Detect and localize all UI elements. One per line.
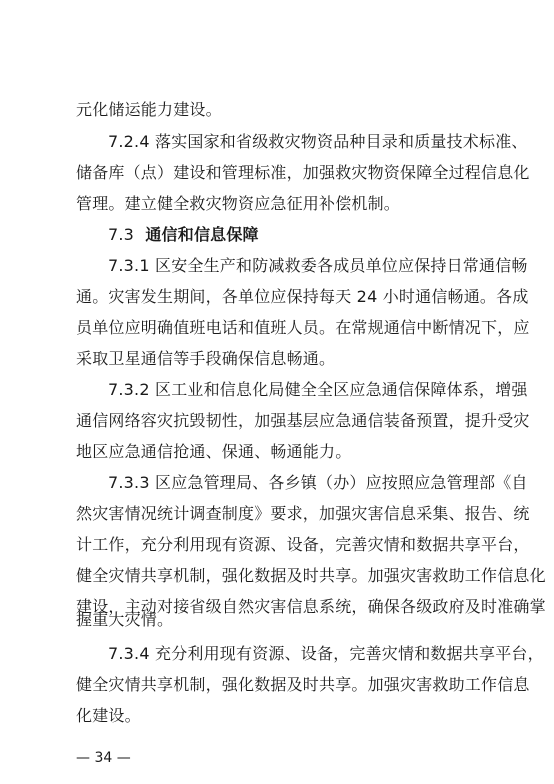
paragraph-7-3-1-line: 通。灾害发生期间，各单位应保持每天 24 小时通信畅通。各成 bbox=[76, 283, 480, 311]
paragraph-7-3-3-line: 然灾害情况统计调查制度》要求，加强灾害信息采集、报告、统 bbox=[76, 500, 480, 528]
paragraph-7-3-2-line: 通信网络容灾抗毁韧性，加强基层应急通信装备预置，提升受灾 bbox=[76, 407, 480, 435]
paragraph-7-2-4-line: 储备库（点）建设和管理标准，加强救灾物资保障全过程信息化 bbox=[76, 159, 480, 187]
paragraph-7-3-1-line: 员单位应明确值班电话和值班人员。在常规通信中断情况下，应 bbox=[76, 314, 480, 342]
paragraph-7-2-4-line: 7.2.4 落实国家和省级救灾物资品种目录和质量技术标准、 bbox=[76, 128, 480, 156]
paragraph-7-3-1-line: 7.3.1 区安全生产和防减救委各成员单位应保持日常通信畅 bbox=[76, 252, 480, 280]
paragraph-7-3-4-line: 健全灾情共享机制，强化数据及时共享。加强灾害救助工作信息 bbox=[76, 671, 480, 699]
paragraph-7-3-2-line: 7.3.2 区工业和信息化局健全全区应急通信保障体系，增强 bbox=[76, 376, 480, 404]
paragraph-7-3-4-line: 7.3.4 充分利用现有资源、设备，完善灾情和数据共享平台， bbox=[76, 640, 480, 668]
section-title: 通信和信息保障 bbox=[145, 225, 258, 244]
paragraph-line: 元化储运能力建设。 bbox=[76, 96, 222, 124]
paragraph-7-3-3-line: 握重大灾情。 bbox=[76, 606, 173, 634]
section-number: 7.3 bbox=[108, 225, 134, 244]
paragraph-7-3-4-line: 化建设。 bbox=[76, 702, 141, 730]
page-number: — 34 — bbox=[76, 748, 131, 768]
paragraph-7-3-2-line: 地区应急通信抢通、保通、畅通能力。 bbox=[76, 438, 351, 466]
paragraph-7-3-3-line: 计工作，充分利用现有资源、设备，完善灾情和数据共享平台， bbox=[76, 531, 480, 559]
section-heading-7-3: 7.3 通信和信息保障 bbox=[76, 221, 259, 249]
paragraph-7-3-3-line: 健全灾情共享机制，强化数据及时共享。加强灾害救助工作信息化 bbox=[76, 562, 480, 590]
paragraph-7-2-4-line: 管理。建立健全救灾物资应急征用补偿机制。 bbox=[76, 190, 400, 218]
paragraph-7-3-3-line: 7.3.3 区应急管理局、各乡镇（办）应按照应急管理部《自 bbox=[76, 469, 480, 497]
paragraph-7-3-1-line: 采取卫星通信等手段确保信息畅通。 bbox=[76, 345, 335, 373]
